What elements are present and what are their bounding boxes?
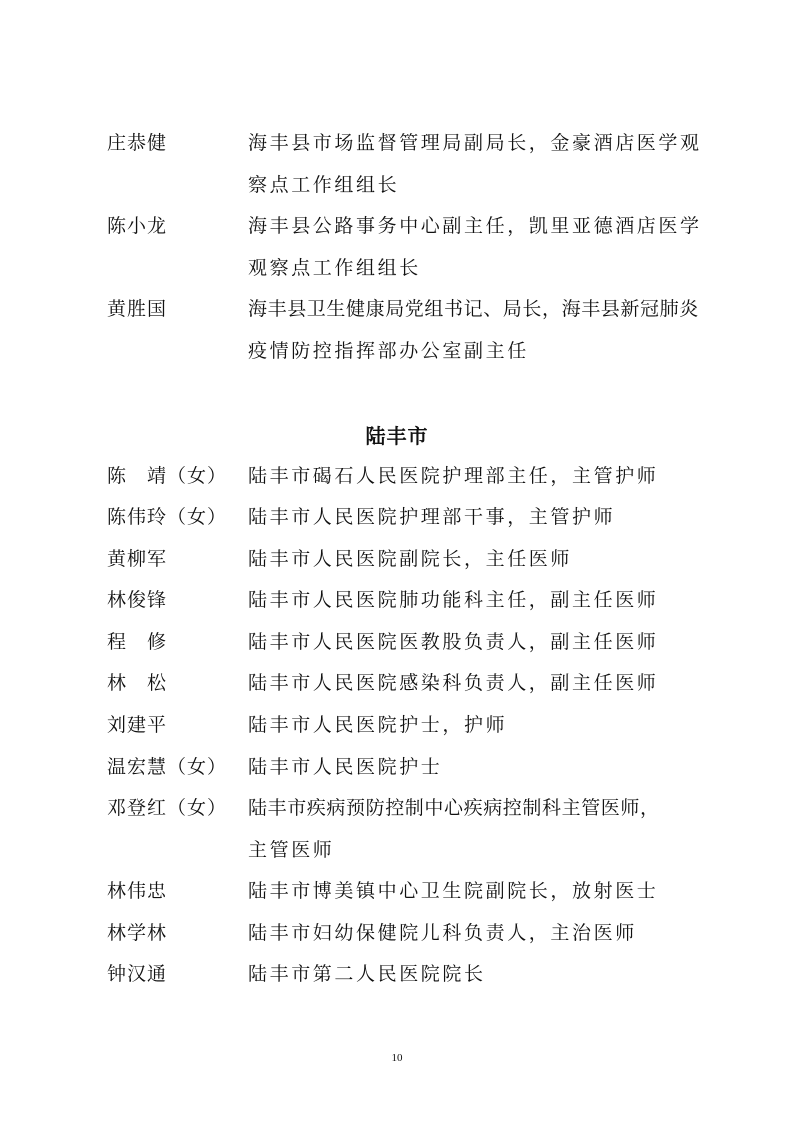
list-item: 陈 靖（女） 陆丰市碣石人民医院护理部主任，主管护师 [107, 455, 707, 497]
person-position: 陆丰市人民医院副院长，主任医师 [248, 538, 704, 580]
list-item: 程 修 陆丰市人民医院医教股负责人，副主任医师 [107, 621, 707, 663]
person-name: 庄恭健 [107, 122, 167, 164]
person-name: 邓登红（女） [107, 787, 227, 829]
person-position: 陆丰市碣石人民医院护理部主任，主管护师 [248, 455, 704, 497]
list-item: 黄胜国 海丰县卫生健康局党组书记、局长，海丰县新冠肺炎 [107, 288, 707, 330]
person-position: 陆丰市第二人民医院院长 [248, 953, 704, 995]
list-item: 温宏慧（女） 陆丰市人民医院护士 [107, 746, 707, 788]
person-position: 陆丰市人民医院感染科负责人，副主任医师 [248, 662, 704, 704]
list-item: 邓登红（女） 陆丰市疾病预防控制中心疾病控制科主管医师， [107, 787, 707, 829]
person-position-continued: 主管医师 [248, 829, 334, 871]
person-position: 陆丰市妇幼保健院儿科负责人，主治医师 [248, 912, 704, 954]
person-name: 林伟忠 [107, 870, 167, 912]
person-name: 温宏慧（女） [107, 746, 227, 788]
person-position: 陆丰市人民医院护理部干事，主管护师 [248, 496, 704, 538]
person-name: 林俊锋 [107, 579, 167, 621]
list-item: 林 松 陆丰市人民医院感染科负责人，副主任医师 [107, 662, 707, 704]
person-position: 陆丰市人民医院医教股负责人，副主任医师 [248, 621, 704, 663]
person-position-continued: 观察点工作组组长 [248, 247, 421, 289]
person-name: 陈 靖（女） [107, 455, 227, 497]
person-position: 海丰县公路事务中心副主任，凯里亚德酒店医学 [248, 205, 704, 247]
person-name: 陈伟玲（女） [107, 496, 227, 538]
list-item: 庄恭健 海丰县市场监督管理局副局长，金豪酒店医学观 [107, 122, 707, 164]
person-position: 陆丰市疾病预防控制中心疾病控制科主管医师， [248, 787, 704, 829]
person-position: 海丰县市场监督管理局副局长，金豪酒店医学观 [248, 122, 704, 164]
person-position: 海丰县卫生健康局党组书记、局长，海丰县新冠肺炎 [248, 288, 704, 330]
section-title: 陆丰市 [0, 420, 794, 449]
person-position: 陆丰市人民医院肺功能科主任，副主任医师 [248, 579, 704, 621]
person-position: 陆丰市人民医院护士 [248, 746, 704, 788]
person-position-continued: 察点工作组组长 [248, 164, 399, 206]
person-name: 林 松 [107, 662, 167, 704]
person-name: 陈小龙 [107, 205, 167, 247]
list-item: 黄柳军 陆丰市人民医院副院长，主任医师 [107, 538, 707, 580]
list-item: 陈伟玲（女） 陆丰市人民医院护理部干事，主管护师 [107, 496, 707, 538]
person-name: 程 修 [107, 621, 167, 663]
list-item: 林俊锋 陆丰市人民医院肺功能科主任，副主任医师 [107, 579, 707, 621]
page-number: 10 [0, 1052, 794, 1064]
list-item: 林学林 陆丰市妇幼保健院儿科负责人，主治医师 [107, 912, 707, 954]
list-item: 陈小龙 海丰县公路事务中心副主任，凯里亚德酒店医学 [107, 205, 707, 247]
document-page: 庄恭健 海丰县市场监督管理局副局长，金豪酒店医学观 察点工作组组长 陈小龙 海丰… [0, 0, 794, 1123]
person-name: 黄胜国 [107, 288, 167, 330]
list-item: 林伟忠 陆丰市博美镇中心卫生院副院长，放射医士 [107, 870, 707, 912]
person-name: 林学林 [107, 912, 167, 954]
list-item: 刘建平 陆丰市人民医院护士，护师 [107, 704, 707, 746]
person-position-continued: 疫情防控指挥部办公室副主任 [248, 330, 529, 372]
person-position: 陆丰市博美镇中心卫生院副院长，放射医士 [248, 870, 704, 912]
person-name: 钟汉通 [107, 953, 167, 995]
person-name: 黄柳军 [107, 538, 167, 580]
list-item: 钟汉通 陆丰市第二人民医院院长 [107, 953, 707, 995]
person-position: 陆丰市人民医院护士，护师 [248, 704, 704, 746]
person-name: 刘建平 [107, 704, 167, 746]
